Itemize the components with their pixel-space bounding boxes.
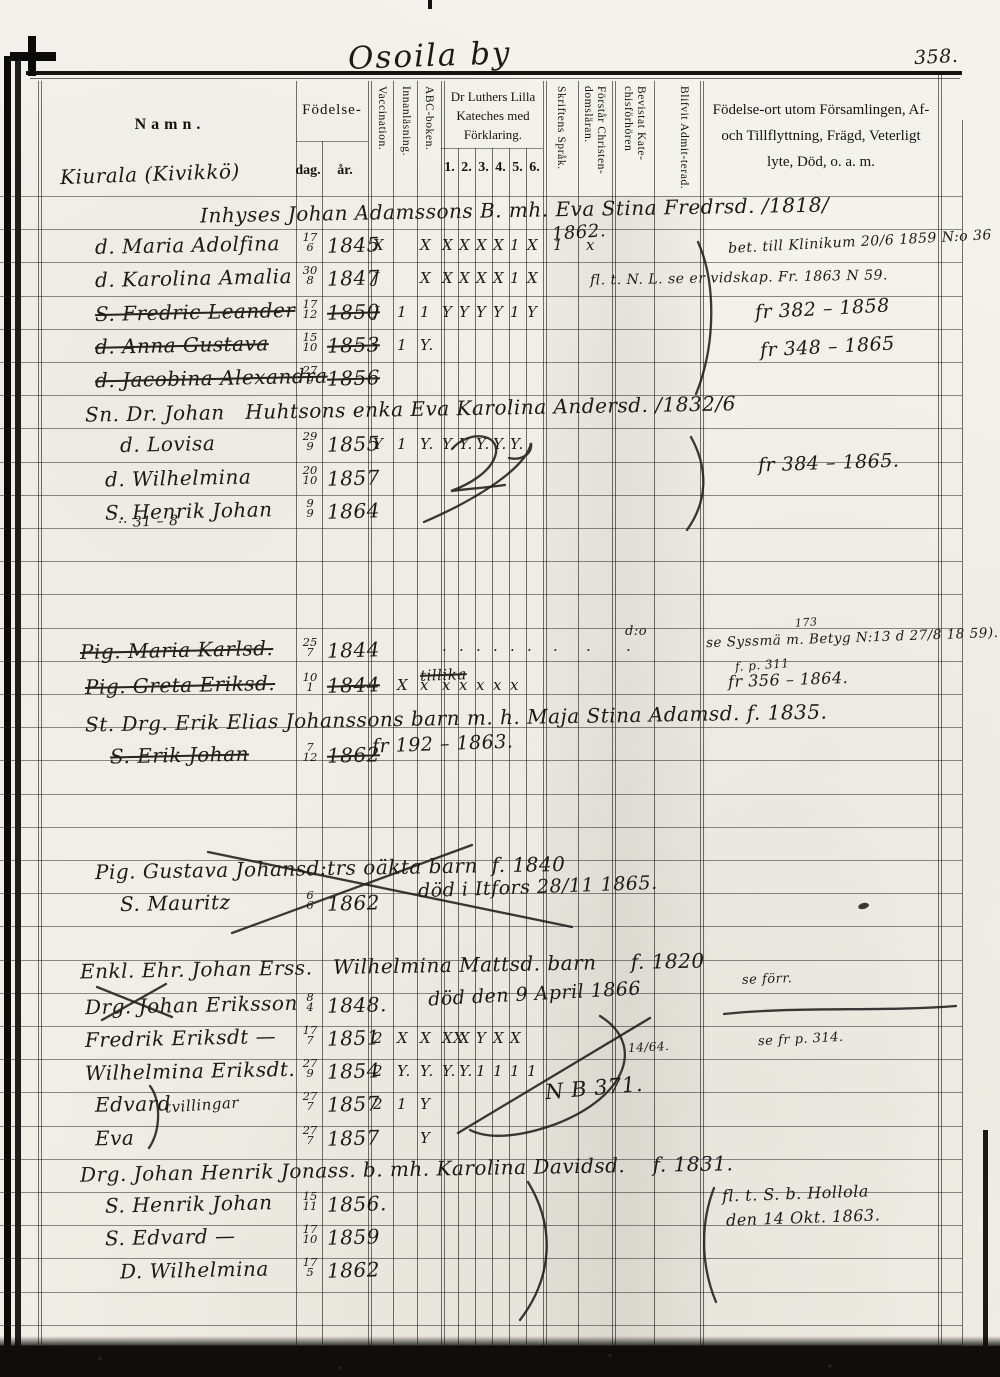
exam-mark: 1 (493, 1062, 503, 1080)
entry-name: d. Maria Adolfina (95, 231, 280, 259)
margin-note: fr 384 – 1865. (758, 450, 900, 477)
exam-mark: Y (493, 303, 503, 321)
birth-year: 1857 (327, 465, 381, 490)
entry-name: S. Mauritz (120, 890, 231, 916)
birth-day: 299 (297, 431, 323, 451)
birth-day-part: 9 (306, 508, 313, 518)
book-binding-bar (4, 56, 11, 1377)
table-rule-horizontal (0, 827, 962, 828)
entry-name: Drg. Johan Eriksson (85, 991, 298, 1019)
margin-note: 1862. (551, 220, 606, 245)
birth-day: 257 (297, 637, 323, 657)
margin-note: fr 356 – 1864. (728, 668, 849, 691)
table-rule-vertical (962, 120, 963, 1345)
scan-artifact-tick (428, 0, 432, 9)
exam-mark: 1 (397, 1095, 407, 1113)
birth-day-part: 10 (303, 475, 318, 485)
exam-mark: X (476, 236, 487, 254)
margin-note: fr 348 – 1865 (760, 332, 896, 361)
exam-mark: 1 (397, 303, 407, 321)
kateches-col-number: 6. (526, 160, 543, 176)
exam-mark: 1 (510, 236, 520, 254)
ink-blot (857, 902, 869, 911)
birth-day: 84 (297, 992, 323, 1012)
table-rule-horizontal (0, 362, 962, 363)
entry-name: S. Fredric Leander (95, 297, 296, 325)
table-rule-vertical (38, 81, 39, 1345)
birth-day: 279 (297, 1058, 323, 1078)
table-rule-horizontal (0, 329, 962, 330)
entry-name: d. Karolina Amalia (95, 264, 292, 292)
village-title-handwritten: Osoila by (347, 35, 512, 77)
entry-name: D. Wilhelmina (120, 1257, 269, 1284)
margin-note: se fr p. 314. (758, 1030, 844, 1049)
scanned-parish-register-page: Osoila by 358. Namn. Kiurala (Kivikkö) F… (0, 0, 1000, 1377)
birth-day: 279 (297, 365, 323, 385)
margin-note: bet. till Klinikum 20/6 1859 N:o 36 (728, 227, 993, 257)
birth-day: 175 (297, 1257, 323, 1277)
margin-note: ·· 31 – 8 (118, 513, 179, 531)
exam-mark: 1 (476, 1062, 486, 1080)
entry-name: d. Jacobina Alexandra (95, 364, 328, 393)
table-rule-horizontal (0, 561, 962, 562)
column-header-bevistat-katechisforhoren: Bevistat Kate-chisförhören (621, 86, 647, 196)
margin-note: se Syssmä m. Betyg N:13 d 27/8 18 59). (706, 625, 999, 651)
book-binding-bar (15, 56, 21, 1377)
exam-mark: · (476, 641, 481, 659)
birth-day: 712 (297, 742, 323, 762)
birth-day-part: 9 (306, 375, 313, 385)
column-header-innanlasning: Innanläsning. (399, 86, 412, 196)
birth-day-part: 9 (306, 441, 313, 451)
exam-mark: 1 (510, 1062, 520, 1080)
margin-note: tillika (420, 665, 467, 685)
birth-day-part: 7 (306, 1135, 313, 1145)
kateches-col-number: 5. (509, 160, 526, 176)
birth-day: 66 (297, 890, 323, 910)
column-header-abc-boken: ABC-boken. (422, 86, 435, 196)
exam-mark: X (420, 1029, 431, 1047)
exam-mark: X (527, 236, 538, 254)
table-rule-horizontal (0, 926, 962, 927)
exam-mark: Y. (420, 336, 434, 354)
exam-mark: Y. (459, 435, 473, 453)
entry-name: d. Anna Gustava (95, 331, 269, 359)
exam-mark: Y (442, 303, 452, 321)
exam-mark: Y. (493, 435, 507, 453)
birth-year: 1862 (327, 1258, 381, 1283)
table-rule-vertical (41, 81, 42, 1345)
entry-name: Eva (95, 1125, 135, 1150)
table-rule-horizontal (0, 1126, 962, 1127)
entry-name: S. Edvard — (105, 1224, 236, 1251)
exam-mark: Y (420, 1095, 430, 1113)
exam-mark: X (420, 236, 431, 254)
birth-day-part: 7 (306, 1101, 313, 1111)
page-number: 358. (913, 45, 958, 69)
birth-day: 101 (297, 672, 323, 692)
margin-note: tvillingar (164, 1093, 239, 1116)
table-rule-horizontal (0, 1292, 962, 1293)
column-header-dag: dag. (294, 163, 322, 179)
birth-day: 1511 (297, 1191, 323, 1211)
birth-day-part: 12 (303, 752, 318, 762)
scan-bottom-fuzz (0, 1336, 1000, 1346)
exam-mark: Y. (459, 1062, 473, 1080)
entry-name: S. Henrik Johan (105, 1190, 273, 1218)
exam-mark: Y (459, 303, 469, 321)
birth-day-part: 10 (303, 1234, 318, 1244)
margin-note: 173 (795, 615, 818, 630)
birth-day-part: 10 (303, 342, 318, 352)
exam-mark: Y. (510, 435, 524, 453)
exam-mark: Y (476, 1029, 486, 1047)
exam-mark: x (510, 676, 519, 694)
table-rule-horizontal (0, 1325, 962, 1326)
column-header-kateches: Dr Luthers Lilla Kateches med Förklaring… (444, 88, 542, 145)
exam-mark: 2 (373, 1029, 383, 1047)
birth-day-part: 6 (306, 900, 313, 910)
birth-day: 176 (297, 232, 323, 252)
table-rule-horizontal (0, 794, 962, 795)
exam-mark: X (459, 236, 470, 254)
birth-year: 1844 (327, 637, 381, 662)
birth-day-part: 9 (306, 1068, 313, 1078)
kateches-col-number: 1. (441, 160, 458, 176)
exam-mark: X (527, 269, 538, 287)
exam-mark: : (373, 336, 379, 354)
exam-mark: · (442, 641, 447, 659)
table-rule-horizontal (0, 495, 962, 496)
entry-name: d. Lovisa (120, 431, 216, 457)
birth-day: 177 (297, 1025, 323, 1045)
exam-mark: Y. (442, 1062, 456, 1080)
table-rule-horizontal (0, 428, 962, 429)
margin-note: fr 382 – 1858 (755, 294, 891, 323)
entry-name: Fredrik Eriksdt — (85, 1024, 277, 1052)
column-header-skriftens-sprak: Skriftens Språk. (554, 86, 567, 196)
exam-mark: X (476, 269, 487, 287)
exam-mark: · (510, 641, 515, 659)
exam-mark: X (493, 269, 504, 287)
exam-mark: 1 (527, 1062, 537, 1080)
exam-mark: · (459, 641, 464, 659)
exam-mark: Y (527, 303, 537, 321)
margin-note: fl. t. S. b. Hollola (722, 1181, 869, 1205)
birth-day-part: 6 (306, 242, 313, 252)
column-header-fodelseort-notes: Födelse-ort utom Församlingen, Af- och T… (708, 98, 934, 175)
birth-year: 1864 (327, 498, 381, 523)
exam-mark: 1 (510, 269, 520, 287)
birth-day: 2010 (297, 465, 323, 485)
exam-mark: X (493, 236, 504, 254)
pen-flourish (704, 1188, 716, 1302)
birth-year: 1848. (327, 992, 387, 1018)
exam-mark: x (493, 676, 502, 694)
household-heading: St. Drg. Erik Elias Johanssons barn m. h… (85, 700, 828, 737)
exam-mark: J (373, 303, 380, 321)
column-header-ar: år. (322, 163, 368, 179)
exam-mark: 1 (510, 303, 520, 321)
column-header-namn: Namn. (95, 116, 245, 134)
exam-mark: Y (420, 1129, 430, 1147)
scan-bottom-band (0, 1346, 1000, 1377)
birth-year: 1856 (327, 365, 381, 390)
exam-mark: 2 (373, 1095, 383, 1113)
table-rule-horizontal (0, 296, 962, 297)
exam-mark: Y (476, 303, 486, 321)
column-header-vaccination: Vaccination. (375, 86, 388, 196)
exam-mark: · (527, 641, 532, 659)
entry-name: S. Erik Johan (110, 742, 249, 769)
binding-cross-mark (10, 52, 56, 61)
table-rule-horizontal (0, 594, 962, 595)
birth-year: 1857 (327, 1125, 381, 1150)
exam-mark: 1 (397, 435, 407, 453)
birth-day-part: 8 (306, 275, 313, 285)
pen-strike (724, 1006, 956, 1014)
birth-day: 1710 (297, 1224, 323, 1244)
margin-note: d:o (625, 624, 647, 639)
birth-day-part: 1 (306, 682, 313, 692)
margin-note: 14/64. (628, 1039, 670, 1055)
exam-mark: · (493, 641, 498, 659)
table-rule-horizontal (0, 262, 962, 263)
exam-mark: · (586, 641, 591, 659)
table-rule-horizontal (0, 229, 962, 230)
exam-mark: Y (373, 435, 383, 453)
birth-year: 1862 (327, 890, 381, 915)
column-header-fodelse: Födelse- (296, 102, 368, 119)
header-divider (296, 141, 368, 142)
exam-mark: Y. (420, 435, 434, 453)
birth-day-part: 12 (303, 309, 318, 319)
exam-mark: X (442, 269, 453, 287)
birth-day-part: 7 (306, 647, 313, 657)
exam-mark: X (442, 236, 453, 254)
kateches-col-number: 4. (492, 160, 509, 176)
exam-mark: X (459, 269, 470, 287)
exam-mark: X (420, 269, 431, 287)
exam-mark: · (626, 641, 631, 659)
exam-mark: Y. (442, 435, 456, 453)
birth-day-part: 7 (306, 1035, 313, 1045)
entry-name: Pig. Greta Eriksd. (85, 671, 276, 699)
birth-day: 308 (297, 265, 323, 285)
birth-year: 1844 (327, 672, 381, 697)
exam-mark: 1 (397, 336, 407, 354)
exam-mark: 1 (420, 303, 430, 321)
entry-name: Pig. Maria Karlsd. (80, 636, 274, 664)
exam-mark: x (476, 676, 485, 694)
table-top-rule-thin (30, 78, 960, 79)
birth-day: 277 (297, 1091, 323, 1111)
exam-mark: X (510, 1029, 521, 1047)
exam-mark: 2 (373, 1062, 383, 1080)
kateches-col-number: 3. (475, 160, 492, 176)
entry-name: d. Wilhelmina (105, 464, 252, 491)
margin-note: se förr. (742, 971, 793, 988)
kateches-col-number: 2. (458, 160, 475, 176)
exam-mark: X (397, 1029, 408, 1047)
birth-day: 1510 (297, 332, 323, 352)
exam-mark: Y. (476, 435, 490, 453)
page-edge-shadow (983, 1130, 988, 1348)
exam-mark: X (493, 1029, 504, 1047)
village-subheading-handwritten: Kiurala (Kivikkö) (60, 159, 241, 189)
entry-name: Wilhelmina Eriksdt. (85, 1057, 296, 1085)
exam-mark: Y. (420, 1062, 434, 1080)
exam-mark: X (373, 236, 384, 254)
exam-mark: J (373, 269, 380, 287)
birth-day: 1712 (297, 299, 323, 319)
birth-day-part: 5 (306, 1267, 313, 1277)
birth-year: 1859 (327, 1224, 381, 1249)
birth-day-part: 4 (306, 1002, 313, 1012)
exam-mark: · (553, 641, 558, 659)
column-header-forstar-christendomslaran: Förstår Christen-domsläran. (581, 86, 607, 196)
entry-name: Edvard (95, 1092, 171, 1118)
household-heading: Inhyses Johan Adamssons B. mh. Eva Stina… (200, 193, 830, 228)
exam-mark: Y. (397, 1062, 411, 1080)
birth-day: 277 (297, 1125, 323, 1145)
column-header-blifvit-admitterad: Blifvit Admit-terad. (677, 86, 690, 196)
exam-mark: X (459, 1029, 470, 1047)
table-rule-vertical (938, 73, 939, 1345)
birth-day: 99 (297, 498, 323, 518)
table-rule-vertical (941, 73, 942, 1345)
exam-mark: X (397, 676, 408, 694)
birth-day-part: 11 (303, 1201, 318, 1211)
birth-year: 1856. (327, 1191, 387, 1217)
